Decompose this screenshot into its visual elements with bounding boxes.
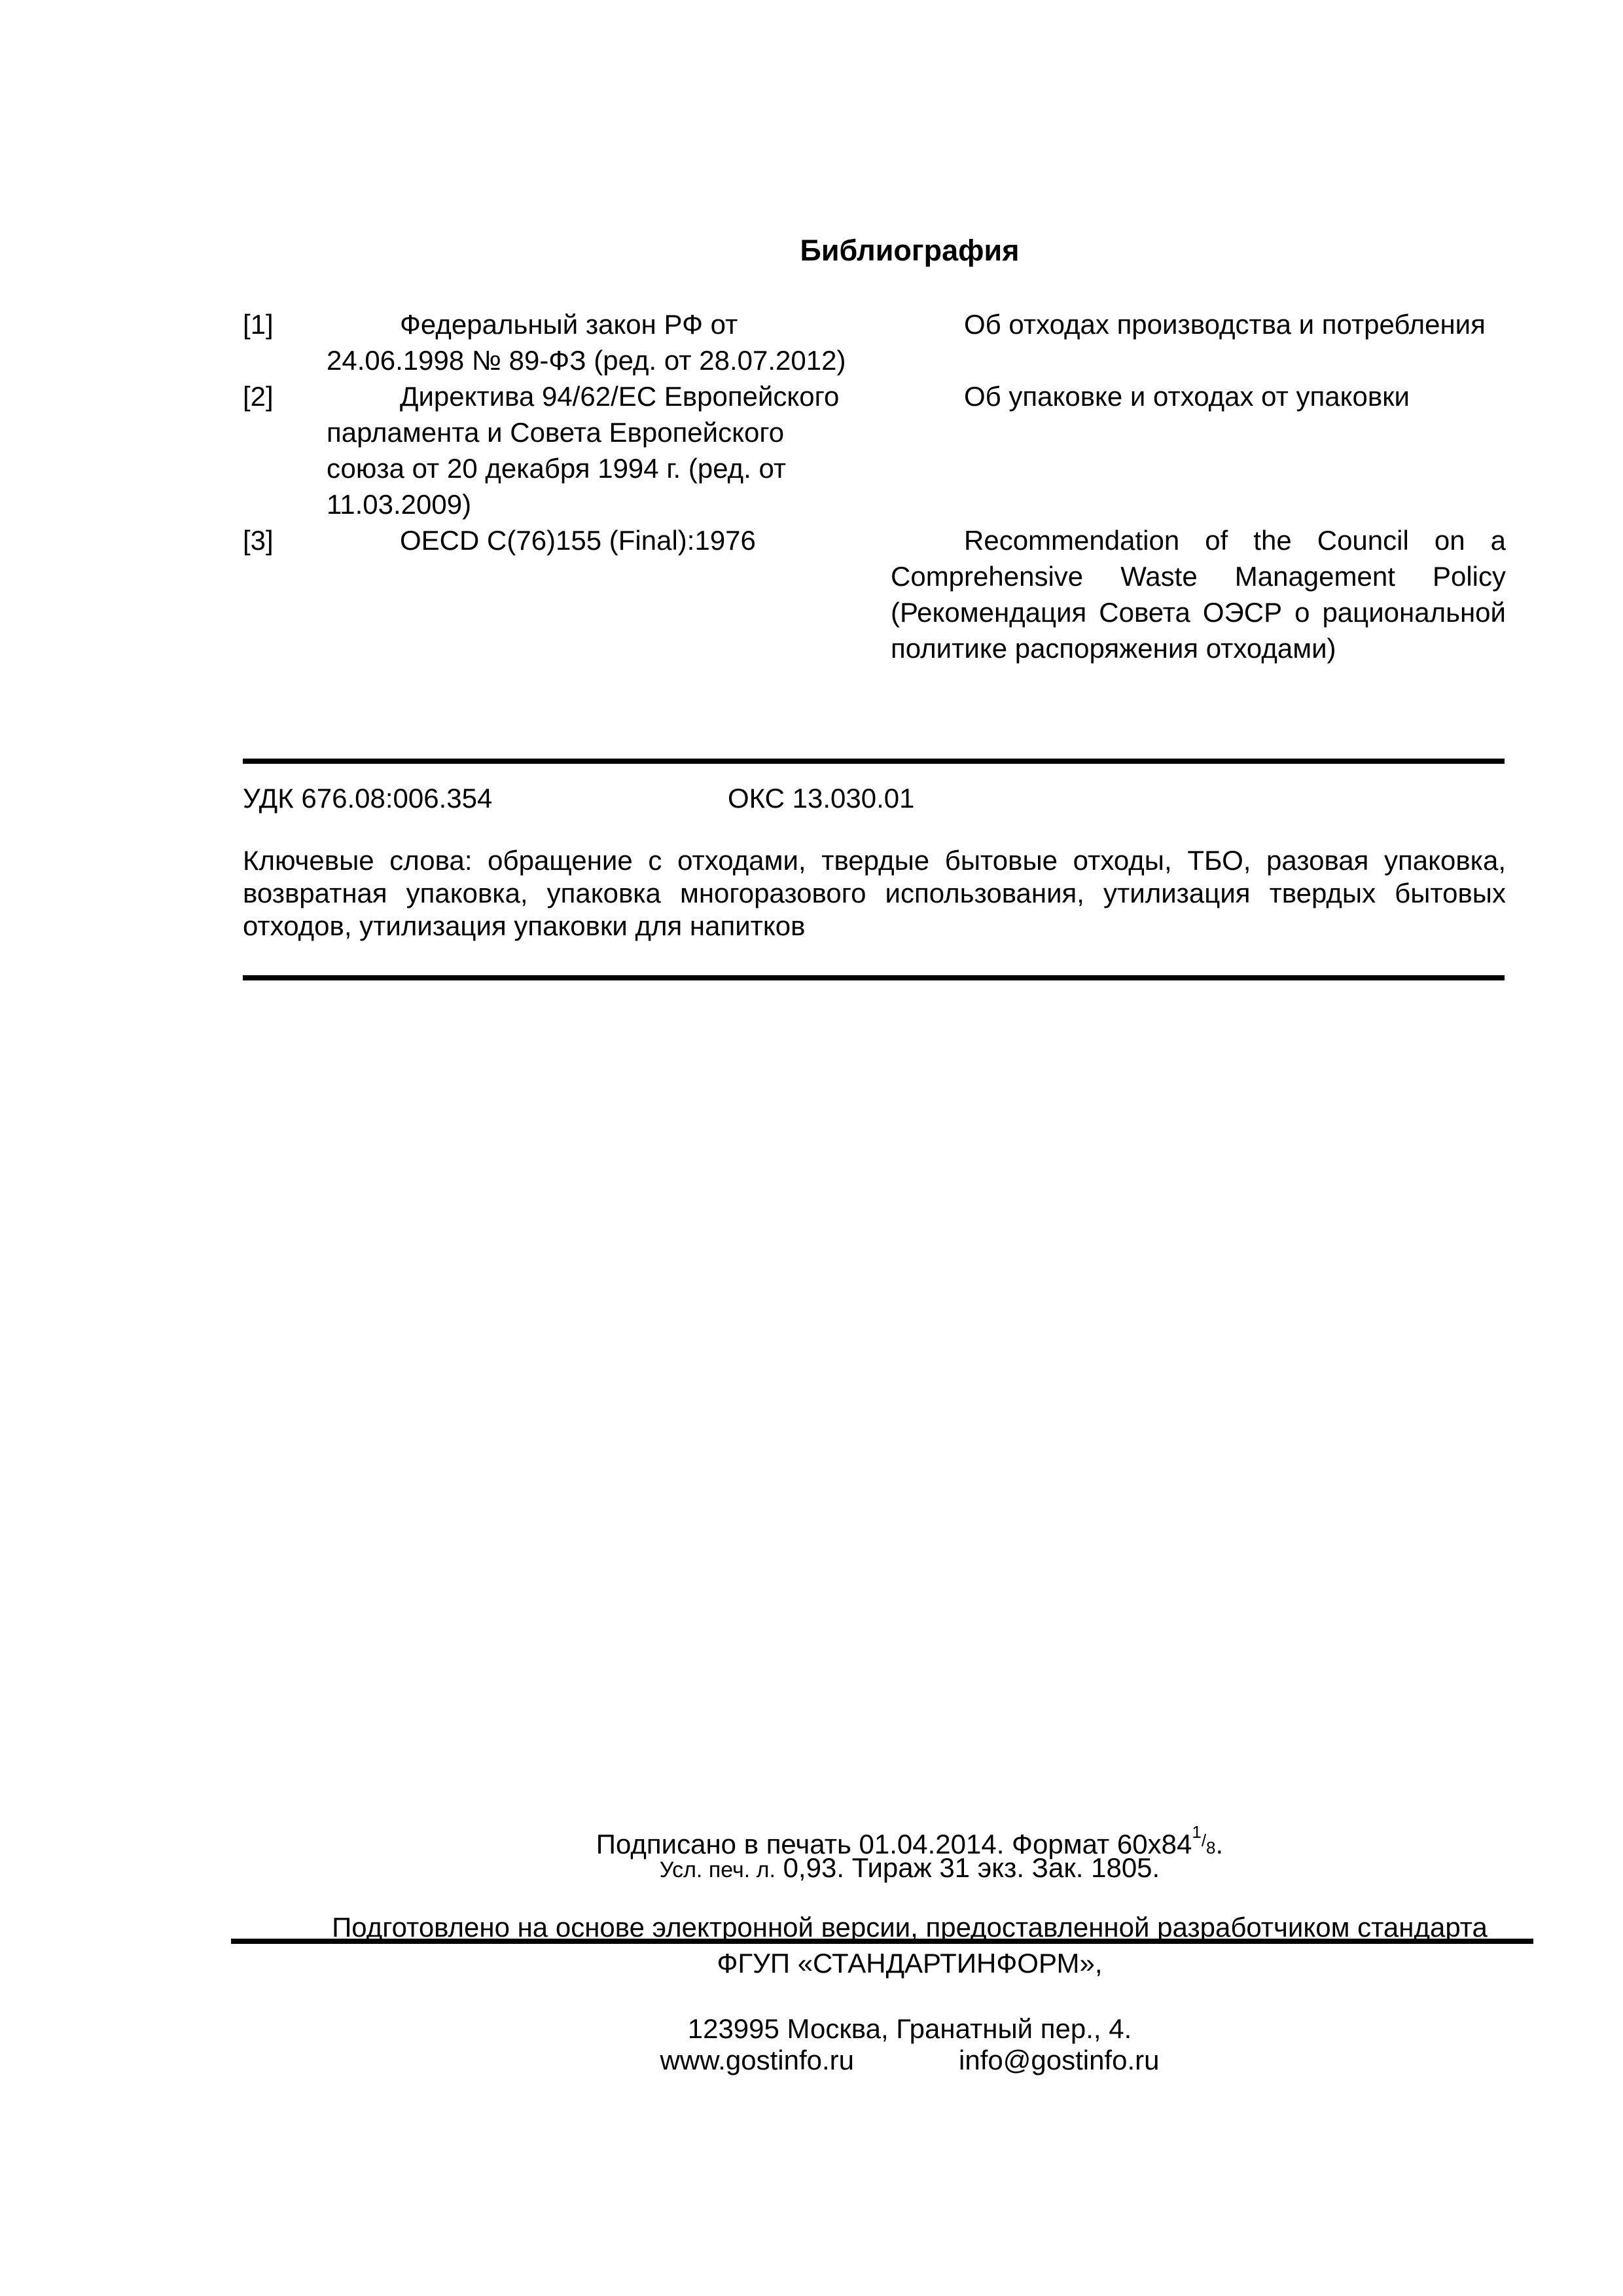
entry-document-line: 11.03.2009) bbox=[327, 486, 891, 522]
print-run-text: 0,93. Тираж 31 экз. Зак. 1805. bbox=[776, 1852, 1160, 1883]
page-title: Библиография bbox=[314, 231, 1505, 270]
imprint-print-run-line: Усл. печ. л. 0,93. Тираж 31 экз. Зак. 18… bbox=[314, 1850, 1505, 1888]
entry-document: Директива 94/62/ЕС Европейскогопарламент… bbox=[327, 378, 891, 522]
entry-description-line: Recommendation of the Council on a bbox=[891, 522, 1506, 558]
entry-document-line: Федеральный закон РФ от bbox=[327, 306, 891, 342]
entry-document-line: 24.06.1998 № 89-ФЗ (ред. от 28.07.2012) bbox=[327, 342, 891, 378]
entry-document: Федеральный закон РФ от24.06.1998 № 89-Ф… bbox=[327, 306, 891, 378]
horizontal-rule-top bbox=[243, 759, 1505, 764]
entry-description: Об отходах производства и потребления bbox=[891, 306, 1506, 342]
keywords-line: возвратная упаковка, упаковка многоразов… bbox=[243, 877, 1506, 910]
classification-row: УДК 676.08:006.354ОКС 13.030.01 bbox=[243, 780, 1506, 816]
keywords-line: Ключевые слова: обращение с отходами, тв… bbox=[243, 844, 1506, 877]
entry-document-line: парламента и Совета Европейского bbox=[327, 414, 891, 450]
keywords-line: отходов, утилизация упаковки для напитко… bbox=[243, 910, 1506, 942]
bibliography-entry: [2]Директива 94/62/ЕС Европейскогопарлам… bbox=[243, 378, 1506, 522]
entry-description-line: Об отходах производства и потребления bbox=[891, 306, 1506, 342]
entry-description-line: Об упаковке и отходах от упаковки bbox=[891, 378, 1506, 414]
bibliography-table: [1]Федеральный закон РФ от24.06.1998 № 8… bbox=[243, 306, 1506, 666]
document-page: Библиография [1]Федеральный закон РФ от2… bbox=[0, 0, 1623, 2296]
publisher-address: 123995 Москва, Гранатный пер., 4. bbox=[314, 2011, 1505, 2047]
entry-document-line: союза от 20 декабря 1994 г. (ред. от bbox=[327, 450, 891, 486]
format-fraction-slash: / bbox=[1202, 1831, 1206, 1850]
publisher-email: info@gostinfo.ru bbox=[959, 2045, 1159, 2075]
entry-description: Recommendation of the Council on aCompre… bbox=[891, 522, 1506, 666]
conventional-sheets-label: Усл. печ. л. bbox=[660, 1857, 776, 1882]
entry-document-line: OECD C(76)155 (Final):1976 bbox=[327, 522, 891, 558]
entry-document-line: Директива 94/62/ЕС Европейского bbox=[327, 378, 891, 414]
keywords-paragraph: Ключевые слова: обращение с отходами, тв… bbox=[243, 844, 1506, 942]
entry-number: [3] bbox=[243, 522, 327, 558]
bibliography-entry: [1]Федеральный закон РФ от24.06.1998 № 8… bbox=[243, 306, 1506, 378]
entry-description: Об упаковке и отходах от упаковки bbox=[891, 378, 1506, 414]
entry-document: OECD C(76)155 (Final):1976 bbox=[327, 522, 891, 558]
publisher-website: www.gostinfo.ru bbox=[660, 2045, 854, 2075]
format-fraction-numerator: 1 bbox=[1192, 1822, 1201, 1842]
horizontal-rule-footer bbox=[231, 1939, 1533, 1944]
publisher-name: ФГУП «СТАНДАРТИНФОРМ», bbox=[314, 1945, 1505, 1981]
publisher-contacts: www.gostinfo.ruinfo@gostinfo.ru bbox=[314, 2042, 1505, 2078]
entry-number: [2] bbox=[243, 378, 327, 414]
horizontal-rule-bottom bbox=[243, 975, 1505, 980]
bibliography-entry: [3]OECD C(76)155 (Final):1976Recommendat… bbox=[243, 522, 1506, 666]
entry-number: [1] bbox=[243, 306, 327, 342]
oks-code: ОКС 13.030.01 bbox=[728, 783, 915, 814]
entry-description-line: (Рекомендация Совета ОЭСР о рациональной bbox=[891, 594, 1506, 630]
entry-description-line: политике распоряжения отходами) bbox=[891, 630, 1506, 666]
udk-code: УДК 676.08:006.354 bbox=[243, 780, 728, 816]
entry-description-line: Comprehensive Waste Management Policy bbox=[891, 558, 1506, 594]
